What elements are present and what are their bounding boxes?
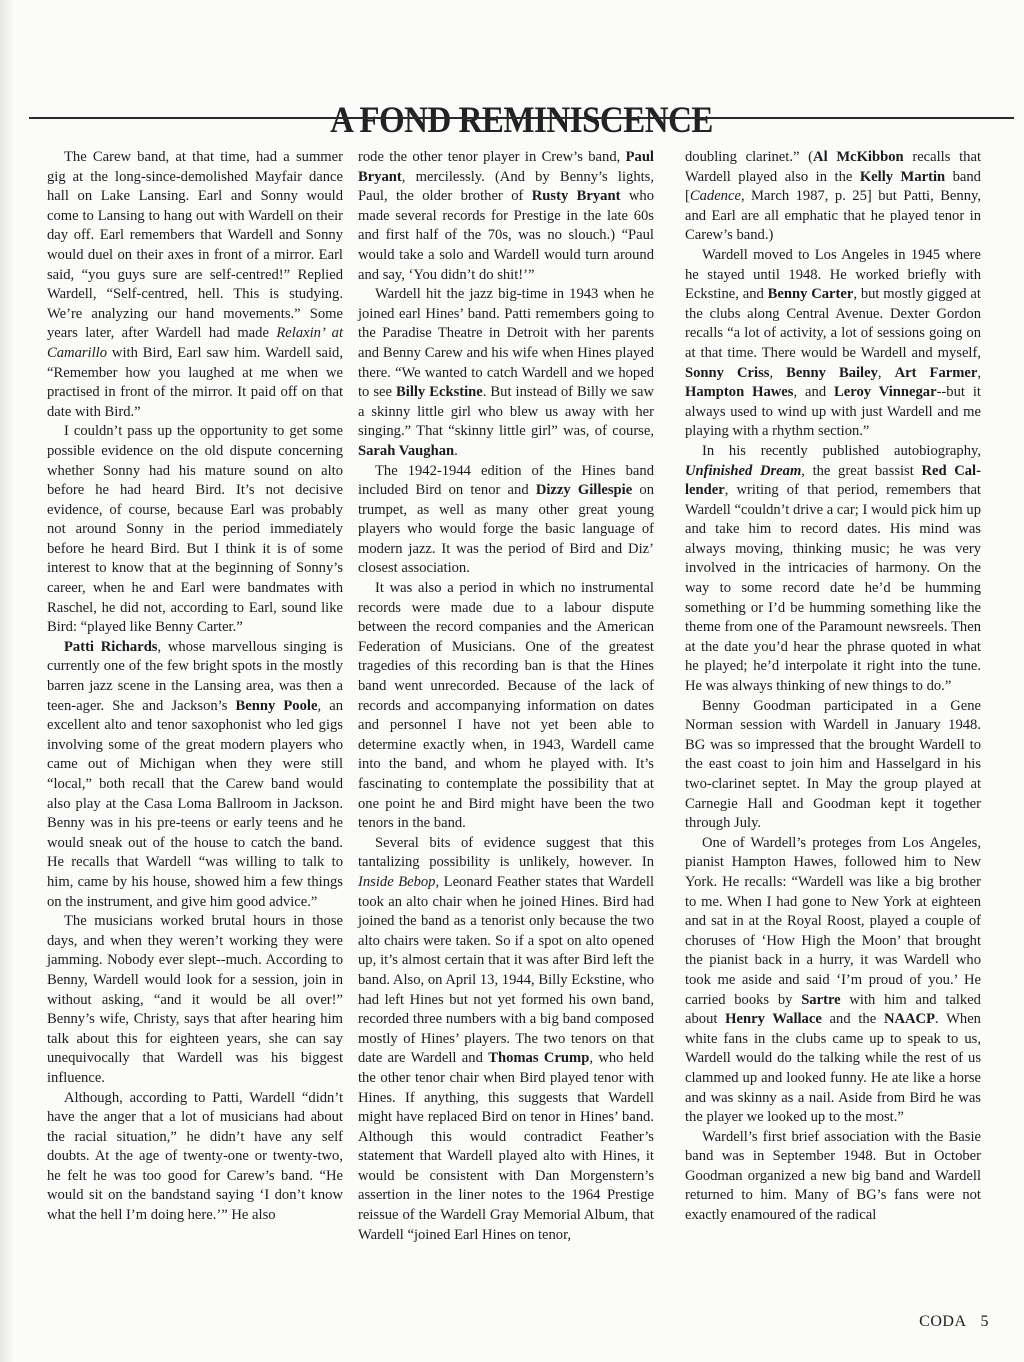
article-title: A FOND REMINISCENCE xyxy=(29,100,1014,143)
text-run: , the great bassist xyxy=(801,463,921,479)
bold-italic-title: Unfinished Dream xyxy=(685,463,801,479)
text-run: It was also a period in which no instrum… xyxy=(358,580,654,831)
text-run: One of Wardell’s proteges from Los Ange­… xyxy=(685,835,981,1008)
bold-name: Rusty Bryant xyxy=(532,188,621,204)
page-edge-shadow xyxy=(0,0,14,1362)
text-run: , Leonard Feather states that Wardell to… xyxy=(358,874,654,1066)
title-rule xyxy=(29,117,1014,119)
text-run: Wardell’s first brief association with t… xyxy=(685,1129,981,1223)
text-run: Several bits of evidence suggest that th… xyxy=(358,835,654,871)
paragraph: Benny Goodman participated in a Gene Nor… xyxy=(685,697,981,834)
text-run: , writing of that period, remembers that… xyxy=(685,482,981,694)
bold-name: Dizzy Gillespie xyxy=(536,482,632,498)
paragraph: I couldn’t pass up the opportunity to ge… xyxy=(47,422,343,638)
paragraph: Wardell hit the jazz big-time in 1943 wh… xyxy=(358,285,654,461)
paragraph: It was also a period in which no instrum… xyxy=(358,579,654,834)
italic-title: Inside Bebop xyxy=(358,874,435,890)
paragraph: One of Wardell’s proteges from Los Ange­… xyxy=(685,834,981,1128)
text-run: , xyxy=(769,365,786,381)
page-number: 5 xyxy=(981,1313,990,1330)
bold-name: Al McKibbon xyxy=(813,149,904,165)
paragraph: rode the other tenor player in Crew’s ba… xyxy=(358,148,654,285)
text-run: I couldn’t pass up the opportunity to ge… xyxy=(47,423,343,635)
text-run: . xyxy=(454,443,458,459)
article-header: A FOND REMINISCENCE xyxy=(29,80,1014,120)
text-run: , xyxy=(977,365,981,381)
paragraph: Wardell’s first brief association with t… xyxy=(685,1128,981,1226)
text-run: Although, according to Patti, Wardell “d… xyxy=(47,1090,343,1224)
bold-name: Kelly Martin xyxy=(860,169,945,185)
bold-name: Benny Carter xyxy=(768,286,854,302)
text-run: , who held the other tenor chair when Bi… xyxy=(358,1050,654,1242)
text-run: , and xyxy=(793,384,834,400)
text-column-1: The Carew band, at that time, had a summ… xyxy=(47,148,343,1226)
bold-name: Thomas Crump xyxy=(488,1050,589,1066)
paragraph: The musicians worked brutal hours in tho… xyxy=(47,912,343,1088)
text-run: rode the other tenor player in Crew’s ba… xyxy=(358,149,626,165)
text-run: . When white fans in the clubs came up t… xyxy=(685,1011,981,1125)
paragraph: The 1942-1944 edition of the Hines band … xyxy=(358,462,654,580)
paragraph: doubling clarinet.” (Al McKibbon recalls… xyxy=(685,148,981,246)
bold-name: NAACP xyxy=(884,1011,935,1027)
text-run: The musicians worked brutal hours in tho… xyxy=(47,913,343,1086)
text-run: The Carew band, at that time, had a summ… xyxy=(47,149,343,341)
paragraph: In his recently published autobiography,… xyxy=(685,442,981,697)
bold-name: Sonny Criss xyxy=(685,365,769,381)
text-column-3: doubling clarinet.” (Al McKibbon recalls… xyxy=(685,148,981,1226)
bold-name: Benny Bailey xyxy=(786,365,878,381)
text-run: In his recently published autobiography, xyxy=(702,443,981,459)
bold-name: Patti Richards xyxy=(64,639,158,655)
magazine-name: CODA xyxy=(919,1313,966,1330)
bold-name: Benny Poole xyxy=(236,698,318,714)
bold-name: Billy Eckstine xyxy=(396,384,483,400)
bold-name: Sarah Vaughan xyxy=(358,443,454,459)
text-run: , xyxy=(878,365,895,381)
bold-name: Henry Wallace xyxy=(725,1011,822,1027)
paragraph: Patti Richards, whose marvellous singing… xyxy=(47,638,343,912)
bold-name: Art Farmer xyxy=(895,365,978,381)
text-run: , an excellent alto and tenor saxophonis… xyxy=(47,698,343,910)
text-run: Benny Goodman participated in a Gene Nor… xyxy=(685,698,981,832)
bold-name: Leroy Vinnegar xyxy=(834,384,937,400)
italic-title: Cadence xyxy=(690,188,741,204)
text-run: doubling clarinet.” ( xyxy=(685,149,813,165)
paragraph: Wardell moved to Los Angeles in 1945 whe… xyxy=(685,246,981,442)
paragraph: Although, according to Patti, Wardell “d… xyxy=(47,1089,343,1226)
paragraph: The Carew band, at that time, had a summ… xyxy=(47,148,343,422)
bold-name: Hampton Hawes xyxy=(685,384,793,400)
text-column-2: rode the other tenor player in Crew’s ba… xyxy=(358,148,654,1245)
bold-name: Sartre xyxy=(801,992,840,1008)
text-run: and the xyxy=(822,1011,884,1027)
page-footer: CODA5 xyxy=(919,1313,989,1331)
paragraph: Several bits of evidence suggest that th… xyxy=(358,834,654,1245)
